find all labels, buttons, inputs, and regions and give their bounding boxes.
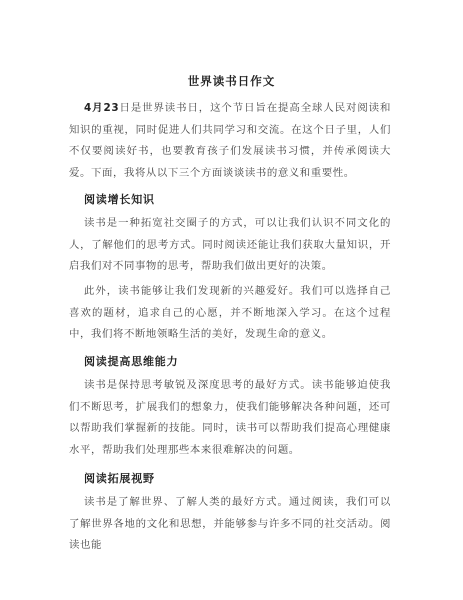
section3-paragraph-1: 读书是了解世界、了解人类的最好方式。通过阅读，我们可以了解世界各地的文化和思想，… [69,492,391,557]
intro-paragraph: 4月23日是世界读书日，这个节日旨在提高全球人民对阅读和知识的重视，同时促进人们… [69,98,391,184]
date-bold: 4月23 [84,102,119,114]
document-title: 世界读书日作文 [0,73,463,89]
section-heading-horizons: 阅读拓展视野 [84,470,155,486]
document-page: 世界读书日作文 4月23日是世界读书日，这个节日旨在提高全球人民对阅读和知识的重… [0,0,463,600]
section-heading-knowledge: 阅读增长知识 [84,191,155,207]
section2-paragraph-1: 读书是保持思考敏锐及深度思考的最好方式。读书能够迫使我们不断思考，扩展我们的想象… [69,375,391,461]
section-heading-thinking: 阅读提高思维能力 [84,353,178,369]
section1-paragraph-2: 此外，读书能够让我们发现新的兴趣爱好。我们可以选择自己喜欢的题材，追求自己的心愿… [69,281,391,346]
section1-paragraph-1: 读书是一种拓宽社交圈子的方式，可以让我们认识不同文化的人，了解他们的思考方式。同… [69,213,391,278]
